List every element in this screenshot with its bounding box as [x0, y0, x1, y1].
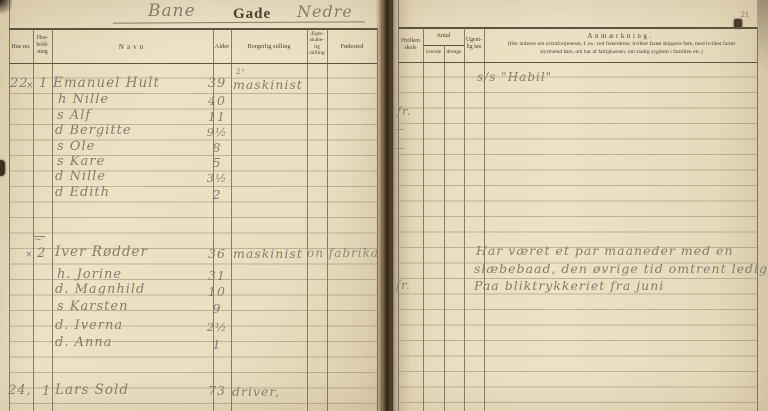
header-household: Hus- hold- ning [33, 35, 52, 55]
resident-name: d. Magnhild [55, 282, 145, 297]
age-value: 10 [204, 284, 230, 299]
school-mark: fr. [396, 279, 411, 292]
table-top-border [398, 27, 757, 29]
annotation-line: Paa bliktrykkeriet fra juni [474, 278, 664, 293]
age-value: 2½ [204, 320, 230, 334]
header-age: Alder [213, 43, 231, 50]
header-wage: Ugent- lig løn [464, 37, 484, 51]
annotation-line: Har været et par maaneder med en [476, 243, 734, 258]
age-value: 9 [204, 301, 230, 316]
resident-name: Iver Rødder [55, 244, 148, 260]
resident-name: h Nille [58, 92, 109, 107]
header-drenge: drenge [444, 49, 464, 55]
ledger-scan: 21 Bane Gade Nedre Hus no. Hus- hold- ni… [0, 0, 768, 411]
resident-name: d. Iverna [55, 318, 123, 333]
corner-shadow [0, 0, 12, 16]
resident-name: d. Anna [55, 335, 112, 350]
age-value: 5 [204, 155, 230, 170]
resident-name: s Kare [57, 154, 105, 169]
house-number: 24, [8, 383, 32, 398]
street-name-handwritten-left: Bane [148, 1, 196, 21]
occupation: driver, [232, 384, 280, 399]
age-value: 73 [204, 383, 230, 398]
street-name-handwritten-right: Nedre [297, 2, 353, 21]
header-civil-status: Borgerlig stilling [231, 43, 307, 50]
page-edge-mark [0, 160, 5, 176]
resident-name: Emanuel Hult [53, 75, 160, 91]
resident-name: s Ole [57, 139, 95, 154]
header-name: Navn [52, 43, 213, 51]
age-value: 39 [204, 76, 230, 91]
resident-name: h. Jorine [57, 267, 122, 282]
age-value: 1 [204, 337, 230, 352]
page-edge-shadow [757, 0, 768, 70]
occupation-superscript: 2ᵉ [236, 67, 246, 76]
household-number: 1 [39, 76, 48, 91]
margin-tilde: ~ [34, 235, 43, 245]
age-value: 11 [204, 109, 230, 124]
annotation-line: slæbebaad, den øvrige tid omtrent ledig [474, 261, 768, 276]
household-number: 1 [42, 384, 51, 399]
resident-name: s Alf [57, 108, 91, 123]
header-remarks-title: Anmærkning. [484, 32, 757, 40]
household-mark: × [25, 250, 34, 260]
table-right-border [757, 27, 758, 411]
header-hus-no: Hus no. [9, 43, 33, 50]
school-mark: — [395, 143, 406, 154]
header-svende: svende [423, 49, 444, 55]
annotation-ship-name: s/s "Habil" [477, 70, 552, 84]
header-birthplace: Fødested [327, 43, 377, 50]
header-antal: Antal [423, 32, 464, 39]
occupation: maskinist [233, 246, 303, 261]
age-value: 31 [204, 268, 230, 283]
resident-name: Lars Sold [55, 382, 129, 398]
age-value: 36 [204, 246, 230, 261]
age-value: 8 [204, 140, 230, 155]
school-mark: fr. [397, 105, 412, 118]
age-value: 3½ [204, 171, 230, 185]
table-top-border [9, 28, 377, 30]
household-number: 2 [37, 246, 46, 261]
header-marital-status: Ægte- skabe- lig stilling [307, 31, 327, 57]
occupation: maskinist [233, 77, 303, 92]
household-mark: × [26, 81, 35, 91]
header-school: Hvilken skole [398, 38, 423, 52]
occupation-note: on fabrika [307, 246, 379, 260]
school-mark: — [395, 124, 406, 135]
ruled-lines [399, 62, 757, 411]
age-value: 2 [204, 187, 230, 202]
resident-name: d Nille [55, 169, 106, 184]
resident-name: d Edith [55, 185, 110, 200]
header-remarks-subtext: (Her anføres om extrafortjeneste, f. ex.… [486, 41, 757, 56]
resident-name: d Bergitte [55, 123, 132, 138]
resident-name: s Karsten [57, 299, 128, 314]
page-number: 21 [741, 10, 749, 19]
book-gutter [376, 0, 398, 411]
age-value: 40 [204, 93, 230, 108]
age-value: 9½ [204, 125, 230, 139]
